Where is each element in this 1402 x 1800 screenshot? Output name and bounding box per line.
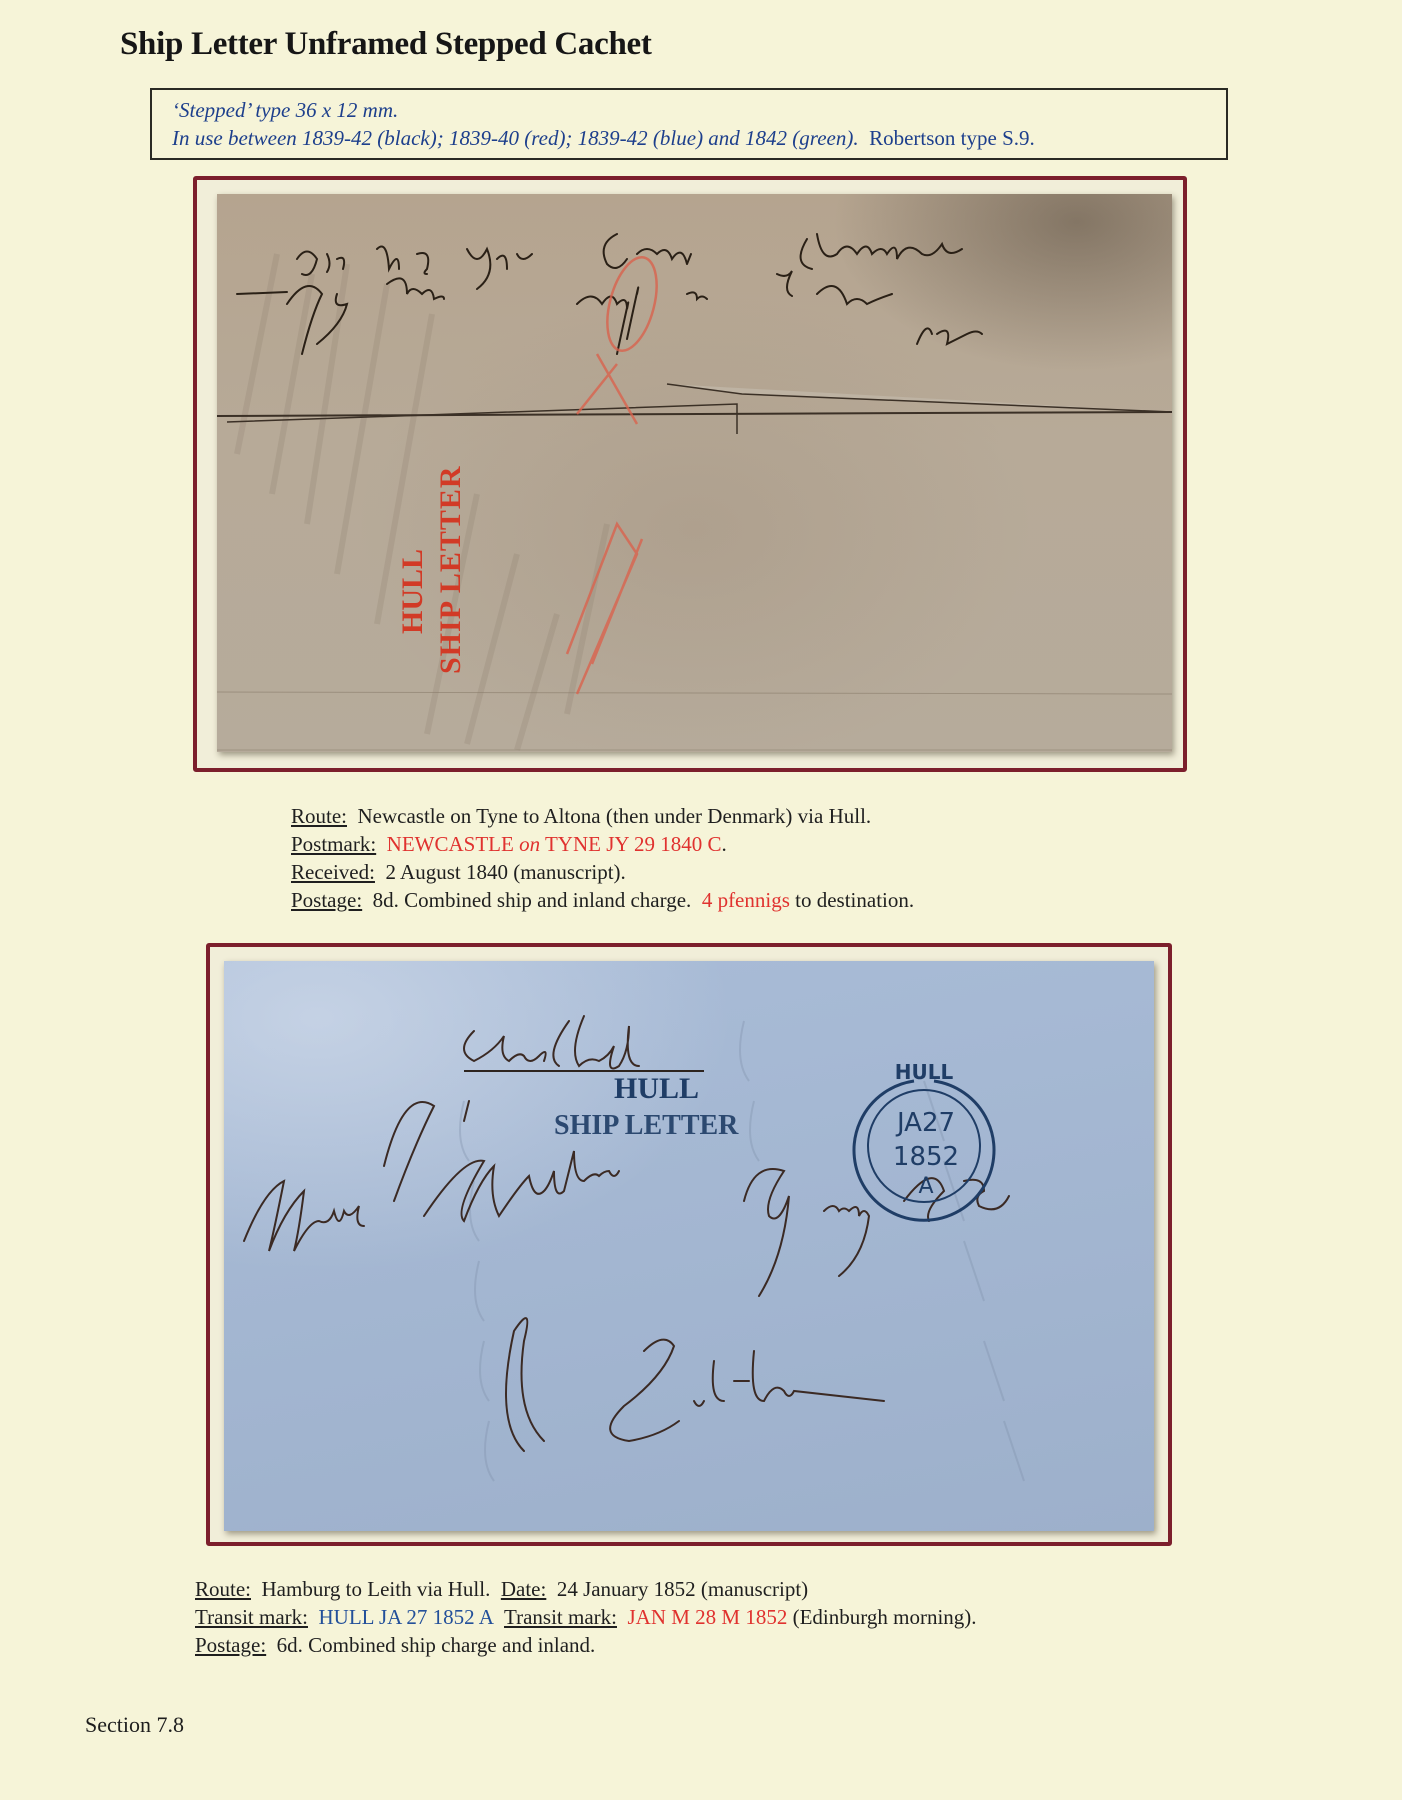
datestamp-year: 1852 [893,1142,959,1172]
datestamp-town: HULL [895,1060,954,1084]
intro-usage-text: In use between 1839-42 (black); 1839-40 … [172,126,859,150]
cover-2-transit: Transit mark: HULL JA 27 1852 A Transit … [195,1603,977,1631]
page-title: Ship Letter Unframed Stepped Cachet [120,26,652,63]
cover-2-caption: Route: Hamburg to Leith via Hull. Date: … [195,1575,977,1659]
datestamp-date: JA27 [895,1108,955,1138]
cachet-hull: HULL [614,1072,699,1105]
postage-pfennigs: 4 pfennigs [702,888,790,912]
cachet-ship-letter: SHIP LETTER [554,1110,739,1141]
transit-1-label: Transit mark: [195,1605,308,1629]
postmark-town: NEWCASTLE [387,832,514,856]
postmark-end: . [722,832,727,856]
cachet-ship-letter: SHIP LETTER [434,465,467,674]
transit-2-text: JAN M 28 M 1852 [628,1605,788,1629]
postage-label: Postage: [291,888,362,912]
route-text: Hamburg to Leith via Hull. [262,1577,491,1601]
date-label: Date: [501,1577,546,1601]
postage-tail: to destination. [795,888,914,912]
section-number: Section 7.8 [85,1712,184,1738]
postage-text: 6d. Combined ship charge and inland. [277,1633,596,1657]
postmark-date: TYNE JY 29 1840 C [545,832,722,856]
cover-1-image: HULL SHIP LETTER [217,194,1172,752]
received-label: Received: [291,860,375,884]
cover-2-artwork: HULL SHIP LETTER HULL JA27 1852 A [224,961,1154,1531]
transit-2-label: Transit mark: [504,1605,617,1629]
postmark-on: on [519,832,540,856]
postage-text: 8d. Combined ship and inland charge. [373,888,692,912]
cover-1-frame: HULL SHIP LETTER [193,176,1187,772]
route-label: Route: [195,1577,251,1601]
robertson-type: Robertson type S.9. [869,126,1035,150]
cover-1-caption: Route: Newcastle on Tyne to Altona (then… [291,802,914,914]
cover-1-postmark: Postmark: NEWCASTLE on TYNE JY 29 1840 C… [291,830,914,858]
cover-1-artwork: HULL SHIP LETTER [217,194,1172,752]
cover-2-frame: HULL SHIP LETTER HULL JA27 1852 A [206,943,1172,1546]
postage-label: Postage: [195,1633,266,1657]
route-text: Newcastle on Tyne to Altona (then under … [358,804,872,828]
intro-line-2: In use between 1839-42 (black); 1839-40 … [172,124,1206,152]
cover-1-received: Received: 2 August 1840 (manuscript). [291,858,914,886]
cover-1-postage: Postage: 8d. Combined ship and inland ch… [291,886,914,914]
route-label: Route: [291,804,347,828]
cover-1-route: Route: Newcastle on Tyne to Altona (then… [291,802,914,830]
intro-line-1: ‘Stepped’ type 36 x 12 mm. [172,96,1206,124]
transit-2-tail: (Edinburgh morning). [793,1605,977,1629]
cachet-hull: HULL [396,549,429,634]
received-text: 2 August 1840 (manuscript). [385,860,625,884]
cover-2-postage: Postage: 6d. Combined ship charge and in… [195,1631,977,1659]
cover-2-image: HULL SHIP LETTER HULL JA27 1852 A [224,961,1154,1531]
date-text: 24 January 1852 (manuscript) [557,1577,808,1601]
intro-box: ‘Stepped’ type 36 x 12 mm. In use betwee… [150,88,1228,160]
datestamp-code: A [918,1174,933,1199]
transit-1-text: HULL JA 27 1852 A [318,1605,493,1629]
postmark-label: Postmark: [291,832,376,856]
cover-2-route-date: Route: Hamburg to Leith via Hull. Date: … [195,1575,977,1603]
